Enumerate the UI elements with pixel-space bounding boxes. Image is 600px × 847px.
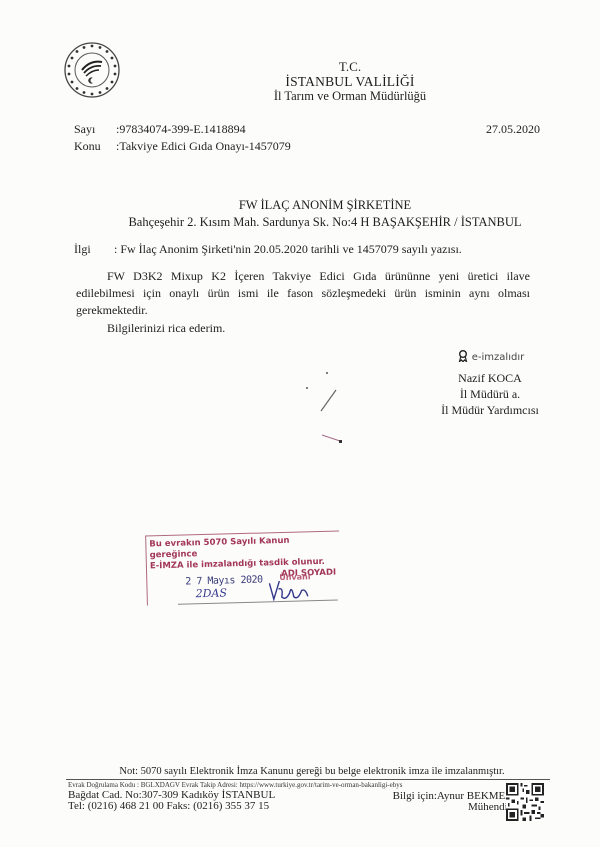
handwritten-signature xyxy=(265,574,314,603)
konu-value: :Takviye Edici Gıda Onayı-1457079 xyxy=(116,139,291,153)
footer-divider xyxy=(66,779,550,780)
scan-mark xyxy=(320,432,344,444)
recipient-address: Bahçeşehir 2. Kısım Mah. Sardunya Sk. No… xyxy=(0,214,600,231)
footer-phone: Tel: (0216) 468 21 00 Faks: (0216) 355 3… xyxy=(68,801,402,812)
document-date: 27.05.2020 xyxy=(486,122,540,137)
scan-speck xyxy=(326,372,328,374)
footer-note: Not: 5070 sayılı Elektronik İmza Kanunu … xyxy=(0,766,600,777)
stamp-handwritten-text: 2DAS xyxy=(196,587,228,599)
sayi-row: Sayı:97834074-399-E.1418894 xyxy=(74,122,246,137)
letterhead: T.C. İSTANBUL VALİLİĞİ İl Tarım ve Orman… xyxy=(0,59,600,104)
reference-label: İlgi xyxy=(74,242,114,257)
signer-title-1: İl Müdürü a. xyxy=(420,386,560,402)
scan-mark xyxy=(318,388,340,414)
header-directorate: İl Tarım ve Orman Müdürlüğü xyxy=(0,89,600,104)
e-signature-label: e-imzalıdır xyxy=(472,352,524,363)
konu-label: Konu xyxy=(74,139,116,154)
document-page: T.C. İSTANBUL VALİLİĞİ İl Tarım ve Orman… xyxy=(0,0,600,847)
scan-speck xyxy=(306,387,308,389)
footer-info: Bilgi için:Aynur BEKMEZ Mühendis xyxy=(393,791,512,813)
certification-stamp: Bu evrakın 5070 Sayılı Kanun gereğince E… xyxy=(145,530,341,605)
signer-name: Nazif KOCA xyxy=(420,370,560,386)
recipient-name: FW İLAÇ ANONİM ŞİRKETİNE xyxy=(0,197,600,214)
qr-code-icon[interactable] xyxy=(506,783,544,821)
footer-contact: Evrak Doğrulama Kodu : BGLXDAGV Evrak Ta… xyxy=(68,781,402,812)
sayi-label: Sayı xyxy=(74,122,116,137)
reference-value: : Fw İlaç Anonim Şirketi'nin 20.05.2020 … xyxy=(114,242,462,256)
signer-title-2: İl Müdür Yardımcısı xyxy=(420,402,560,418)
ribbon-seal-icon xyxy=(458,350,468,362)
e-signature-indicator: e-imzalıdır xyxy=(420,350,560,366)
recipient-block: FW İLAÇ ANONİM ŞİRKETİNE Bahçeşehir 2. K… xyxy=(0,197,600,231)
info-title: Mühendis xyxy=(393,802,512,813)
letter-body: FW D3K2 Mixup K2 İçeren Takviye Edici Gı… xyxy=(76,268,530,337)
body-paragraph: FW D3K2 Mixup K2 İçeren Takviye Edici Gı… xyxy=(76,268,530,319)
signature-block: e-imzalıdır Nazif KOCA İl Müdürü a. İl M… xyxy=(420,350,560,418)
header-governorship: İSTANBUL VALİLİĞİ xyxy=(0,74,600,89)
reference-row: İlgi: Fw İlaç Anonim Şirketi'nin 20.05.2… xyxy=(74,242,462,257)
header-tc: T.C. xyxy=(0,59,600,74)
konu-row: Konu:Takviye Edici Gıda Onayı-1457079 xyxy=(74,139,291,154)
body-closing: Bilgilerinizi rica ederim. xyxy=(76,320,530,337)
sayi-value: :97834074-399-E.1418894 xyxy=(116,122,246,136)
